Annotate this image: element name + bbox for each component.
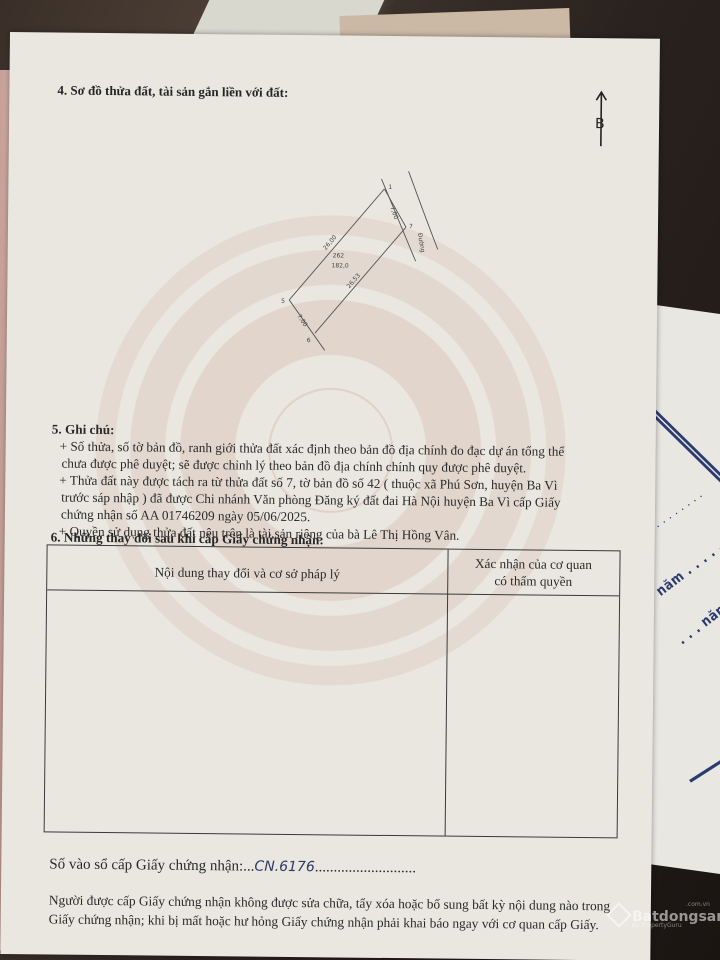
changes-table: Nội dung thay đổi và cơ sở pháp lý Xác n…	[44, 544, 621, 838]
registration-number: Số vào sổ cấp Giấy chứng nhận:...CN.6176…	[49, 856, 416, 877]
notes-section: 5. Ghi chú: + Số thửa, số tờ bản đồ, ran…	[51, 420, 652, 545]
svg-text:182,0: 182,0	[332, 262, 349, 269]
header-line: có thẩm quyền	[494, 572, 572, 590]
svg-text:7,00: 7,00	[388, 205, 399, 220]
column-header-change-content: Nội dung thay đổi và cơ sở pháp lý	[47, 545, 447, 593]
batdongsan-logo-icon	[606, 902, 631, 927]
svg-text:6: 6	[307, 337, 311, 344]
column-header-authority-confirmation: Xác nhận của cơ quan có thẩm quyền	[447, 550, 619, 596]
north-arrow-icon: B	[591, 88, 612, 148]
section-4-title: 4. Sơ đồ thửa đất, tài sản gắn liền với …	[57, 82, 288, 100]
svg-text:B: B	[595, 116, 605, 132]
dots: ...........................	[315, 859, 416, 876]
svg-text:7: 7	[409, 223, 413, 230]
svg-text:26,00: 26,00	[322, 234, 339, 252]
registration-value: CN.6176	[254, 859, 314, 876]
registration-label: Số vào sổ cấp Giấy chứng nhận:	[49, 856, 243, 874]
parcel-sketch: 1 7 5 6 7,00 26,00 26,53 7,00 262 182,0 …	[257, 170, 459, 362]
change-content-cell	[45, 590, 448, 835]
svg-text:5: 5	[281, 298, 285, 305]
batdongsan-watermark: Batdongsan .com.vn By PropertyGuru	[610, 906, 720, 925]
decorative-stripe	[689, 740, 720, 783]
warning-text: Người được cấp Giấy chứng nhận không đượ…	[49, 890, 649, 934]
svg-text:7,00: 7,00	[295, 313, 308, 328]
watermark-tagline: By PropertyGuru	[632, 922, 682, 929]
svg-text:262: 262	[333, 252, 345, 259]
dots: ...	[243, 858, 254, 874]
land-certificate-page: 4. Sơ đồ thửa đất, tài sản gắn liền với …	[0, 32, 660, 960]
header-line: Xác nhận của cơ quan	[475, 555, 592, 573]
svg-text:1: 1	[388, 184, 392, 191]
svg-text:Đường: Đường	[416, 232, 426, 253]
authority-confirmation-cell	[446, 595, 620, 838]
watermark-domain: .com.vn	[686, 901, 710, 908]
